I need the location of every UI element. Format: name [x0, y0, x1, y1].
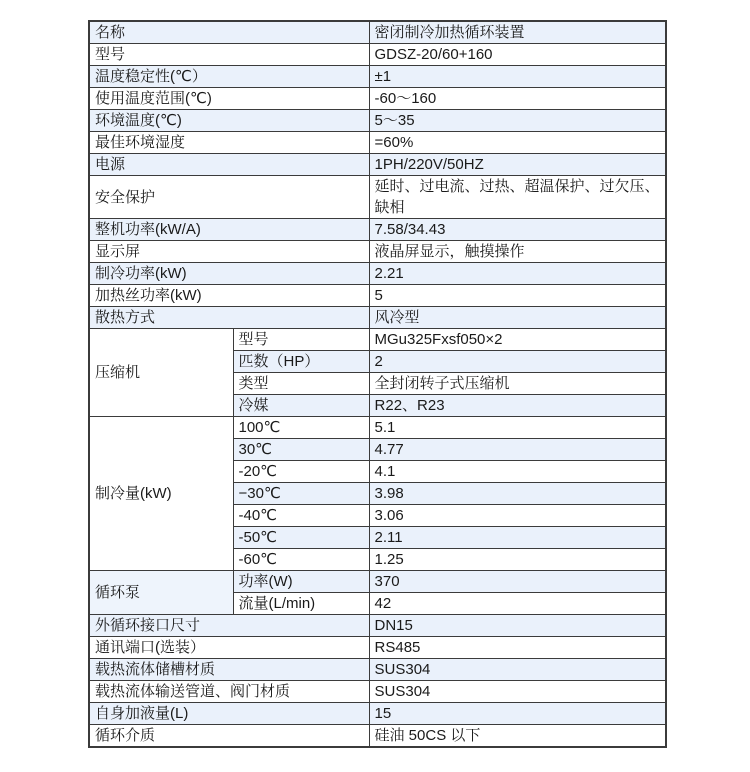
spec-label-cell: 名称 [89, 21, 369, 44]
spec-row-pump-power: 循环泵 功率(W) 370 [89, 571, 666, 593]
spec-row-capacity-100: 制冷量(kW) 100℃ 5.1 [89, 417, 666, 439]
spec-label-cell: 通讯端口(选装） [89, 637, 369, 659]
spec-value-cell: 3.06 [369, 505, 666, 527]
spec-row-cooling-power: 制冷功率(kW) 2.21 [89, 263, 666, 285]
sub-label-cell: 功率(W) [233, 571, 369, 593]
spec-label-cell: 散热方式 [89, 307, 369, 329]
sub-label-cell: -60℃ [233, 549, 369, 571]
spec-label-cell: 外循环接口尺寸 [89, 615, 369, 637]
spec-value-cell: R22、R23 [369, 395, 666, 417]
spec-value-cell: 15 [369, 703, 666, 725]
spec-value-cell: GDSZ-20/60+160 [369, 44, 666, 66]
spec-value-cell: 密闭制冷加热循环装置 [369, 21, 666, 44]
spec-row-tank-material: 载热流体储槽材质 SUS304 [89, 659, 666, 681]
spec-label-cell: 自身加液量(L) [89, 703, 369, 725]
spec-row-comm-port: 通讯端口(选装） RS485 [89, 637, 666, 659]
spec-row-ext-port-size: 外循环接口尺寸 DN15 [89, 615, 666, 637]
spec-row-heat-dissipation: 散热方式 风冷型 [89, 307, 666, 329]
spec-value-cell: 2.11 [369, 527, 666, 549]
group-label-cell-pump: 循环泵 [89, 571, 233, 615]
sub-label-cell: 100℃ [233, 417, 369, 439]
spec-table-container: 名称 密闭制冷加热循环装置 型号 GDSZ-20/60+160 温度稳定性(℃）… [88, 20, 667, 748]
spec-row-total-power: 整机功率(kW/A) 7.58/34.43 [89, 219, 666, 241]
spec-row-power-supply: 电源 1PH/220V/50HZ [89, 154, 666, 176]
spec-value-cell: 1.25 [369, 549, 666, 571]
sub-label-cell: -40℃ [233, 505, 369, 527]
spec-value-cell: DN15 [369, 615, 666, 637]
spec-value-cell: 5～35 [369, 110, 666, 132]
spec-value-cell: 2.21 [369, 263, 666, 285]
spec-row-heater-power: 加热丝功率(kW) 5 [89, 285, 666, 307]
sub-label-cell: 类型 [233, 373, 369, 395]
group-label-cell-compressor: 压缩机 [89, 329, 233, 417]
spec-row-name: 名称 密闭制冷加热循环装置 [89, 21, 666, 44]
spec-value-cell: ±1 [369, 66, 666, 88]
spec-label-cell: 型号 [89, 44, 369, 66]
spec-label-cell: 加热丝功率(kW) [89, 285, 369, 307]
spec-value-cell: SUS304 [369, 659, 666, 681]
spec-value-cell: 42 [369, 593, 666, 615]
spec-value-cell: 液晶屏显示，触摸操作 [369, 241, 666, 263]
sub-label-cell: 型号 [233, 329, 369, 351]
spec-value-cell: =60% [369, 132, 666, 154]
spec-value-cell: -60～160 [369, 88, 666, 110]
spec-row-pipe-material: 载热流体输送管道、阀门材质 SUS304 [89, 681, 666, 703]
sub-label-cell: 流量(L/min) [233, 593, 369, 615]
spec-table: 名称 密闭制冷加热循环装置 型号 GDSZ-20/60+160 温度稳定性(℃）… [88, 20, 667, 748]
spec-label-cell: 电源 [89, 154, 369, 176]
spec-label-cell: 载热流体储槽材质 [89, 659, 369, 681]
sub-label-cell: −30℃ [233, 483, 369, 505]
spec-row-temp-stability: 温度稳定性(℃） ±1 [89, 66, 666, 88]
spec-value-cell: SUS304 [369, 681, 666, 703]
spec-value-cell: 2 [369, 351, 666, 373]
spec-label-cell: 环境温度(℃) [89, 110, 369, 132]
spec-value-cell: 全封闭转子式压缩机 [369, 373, 666, 395]
spec-value-cell: MGu325Fxsf050×2 [369, 329, 666, 351]
spec-value-cell: RS485 [369, 637, 666, 659]
sub-label-cell: 30℃ [233, 439, 369, 461]
spec-value-cell: 4.1 [369, 461, 666, 483]
spec-label-cell: 载热流体输送管道、阀门材质 [89, 681, 369, 703]
spec-value-cell: 5 [369, 285, 666, 307]
spec-value-cell: 7.58/34.43 [369, 219, 666, 241]
spec-row-model: 型号 GDSZ-20/60+160 [89, 44, 666, 66]
spec-value-cell: 4.77 [369, 439, 666, 461]
spec-value-cell: 370 [369, 571, 666, 593]
spec-label-cell: 使用温度范围(℃) [89, 88, 369, 110]
spec-row-compressor-model: 压缩机 型号 MGu325Fxsf050×2 [89, 329, 666, 351]
spec-row-humidity: 最佳环境湿度 =60% [89, 132, 666, 154]
spec-label-cell: 温度稳定性(℃） [89, 66, 369, 88]
spec-row-safety: 安全保护 延时、过电流、过热、超温保护、过欠压、缺相 [89, 176, 666, 219]
sub-label-cell: 冷媒 [233, 395, 369, 417]
spec-value-cell: 1PH/220V/50HZ [369, 154, 666, 176]
spec-row-fill-volume: 自身加液量(L) 15 [89, 703, 666, 725]
spec-value-cell: 3.98 [369, 483, 666, 505]
group-label-cell-cooling-capacity: 制冷量(kW) [89, 417, 233, 571]
spec-row-display: 显示屏 液晶屏显示，触摸操作 [89, 241, 666, 263]
spec-label-cell: 制冷功率(kW) [89, 263, 369, 285]
spec-label-cell: 显示屏 [89, 241, 369, 263]
spec-label-cell: 整机功率(kW/A) [89, 219, 369, 241]
spec-value-cell: 硅油 50CS 以下 [369, 725, 666, 748]
spec-row-ambient-temp: 环境温度(℃) 5～35 [89, 110, 666, 132]
spec-value-cell: 5.1 [369, 417, 666, 439]
sub-label-cell: -50℃ [233, 527, 369, 549]
spec-label-cell: 安全保护 [89, 176, 369, 219]
spec-label-cell: 最佳环境湿度 [89, 132, 369, 154]
sub-label-cell: -20℃ [233, 461, 369, 483]
spec-row-temp-range: 使用温度范围(℃) -60～160 [89, 88, 666, 110]
spec-value-cell: 延时、过电流、过热、超温保护、过欠压、缺相 [369, 176, 666, 219]
spec-label-cell: 循环介质 [89, 725, 369, 748]
spec-row-medium: 循环介质 硅油 50CS 以下 [89, 725, 666, 748]
spec-value-cell: 风冷型 [369, 307, 666, 329]
sub-label-cell: 匹数（HP） [233, 351, 369, 373]
